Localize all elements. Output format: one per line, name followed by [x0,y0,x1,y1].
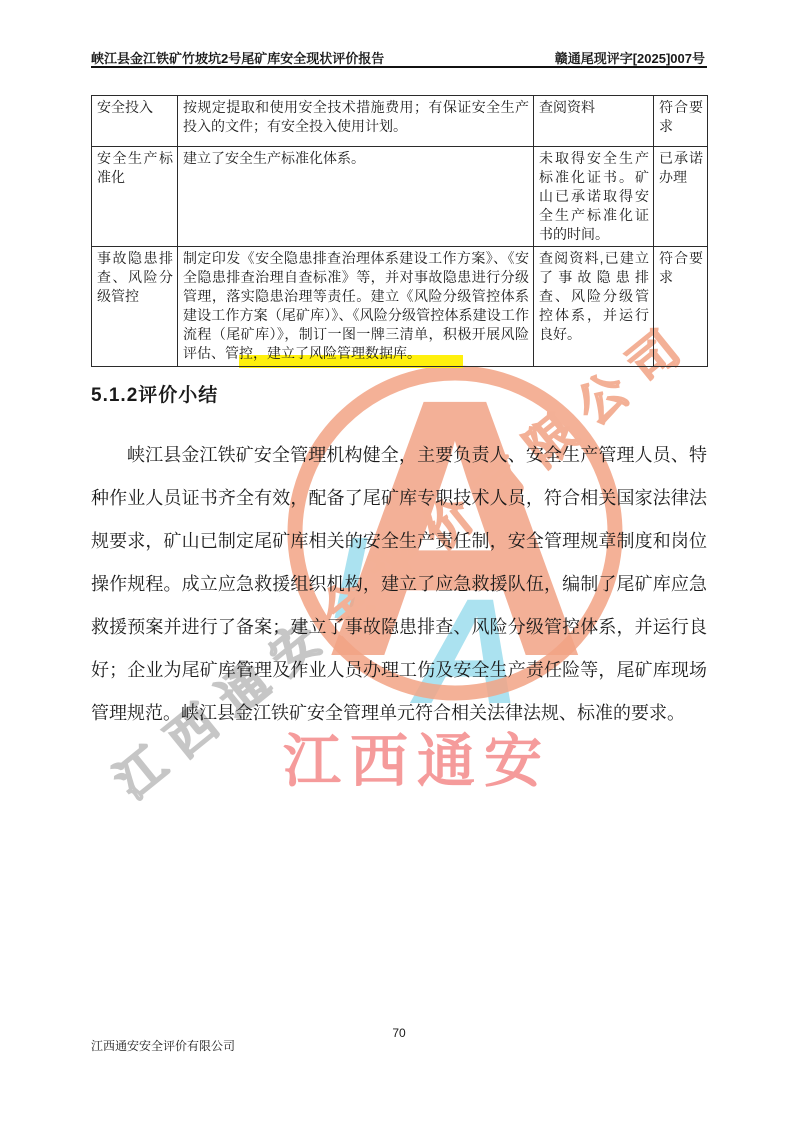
table-row: 事故隐患排查、风险分级管控 制定印发《安全隐患排查治理体系建设工作方案》、《安全… [92,247,708,367]
section-heading: 5.1.2评价小结 [91,380,218,407]
cell-method: 未取得安全生产标准化证书。矿山已承诺取得安全生产标准化证书的时间。 [534,147,654,247]
cell-method: 查阅资料,已建立了事故隐患排查、风险分级管控体系，并运行良好。 [534,247,654,367]
summary-paragraph: 峡江县金江铁矿安全管理机构健全，主要负责人、安全生产管理人员、特种作业人员证书齐… [91,434,707,735]
cell-item: 安全生产标准化 [92,147,178,247]
page-content: 峡江县金江铁矿竹坡坑2号尾矿库安全现状评价报告 赣通尾现评字[2025]007号… [0,0,793,1122]
cell-conclusion: 已承诺办理 [654,147,708,247]
cell-conclusion: 符合要求 [654,96,708,147]
table-row: 安全投入 按规定提取和使用安全技术措施费用；有保证安全生产投入的文件；有安全投入… [92,96,708,147]
footer-company-name: 江西通安安全评价有限公司 [91,1037,235,1054]
cell-item: 事故隐患排查、风险分级管控 [92,247,178,367]
table-row: 安全生产标准化 建立了安全生产标准化体系。 未取得安全生产标准化证书。矿山已承诺… [92,147,708,247]
cell-description: 制定印发《安全隐患排查治理体系建设工作方案》、《安全隐患排查治理自查标准》等，并… [178,247,534,367]
header-rule [91,66,707,68]
header-doc-number: 赣通尾现评字[2025]007号 [555,48,705,67]
header-report-title: 峡江县金江铁矿竹坡坑2号尾矿库安全现状评价报告 [91,48,384,67]
report-page: { "header": { "title_left": "峡江县金江铁矿竹坡坑2… [0,0,793,1122]
cell-conclusion: 符合要求 [654,247,708,367]
cell-item: 安全投入 [92,96,178,147]
cell-method: 查阅资料 [534,96,654,147]
evaluation-table: 安全投入 按规定提取和使用安全技术措施费用；有保证安全生产投入的文件；有安全投入… [91,95,708,367]
cell-description: 建立了安全生产标准化体系。 [178,147,534,247]
cell-description: 按规定提取和使用安全技术措施费用；有保证安全生产投入的文件；有安全投入使用计划。 [178,96,534,147]
